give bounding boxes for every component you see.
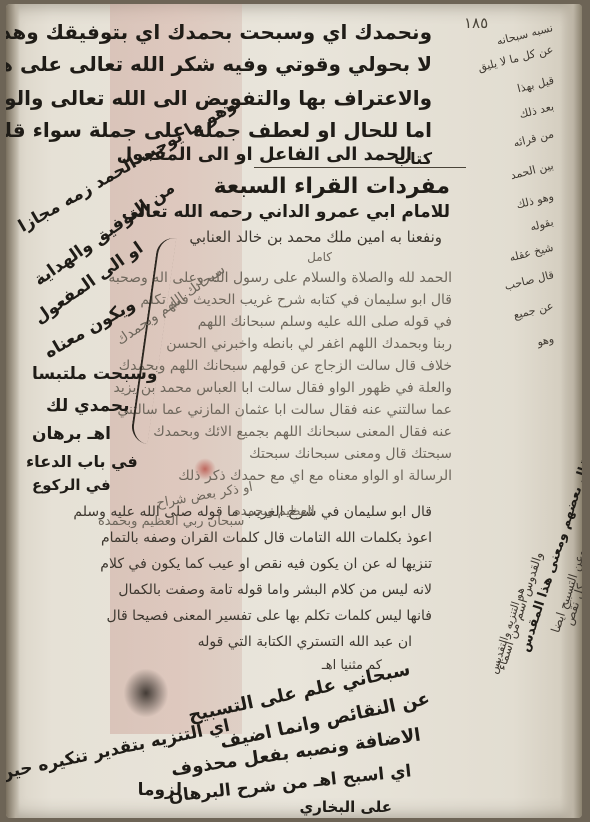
ownership-note: ونفعنا به امين ملك محمد بن خالد العنابي [189, 228, 442, 246]
commentary-line: ونحمدك اي وسبحت بحمدك اي بتوفيقك وهدايتك [6, 20, 432, 44]
faint-note-line: العظيم وبحمده [234, 504, 315, 519]
margin-note-line: من قرائه [512, 127, 555, 150]
book-title: مفردات القراء السبعة [214, 174, 450, 199]
title-underline [254, 167, 466, 168]
body-line: سبحتك قال ومعنى سبحانك سبحتك [249, 446, 452, 462]
title-label: كتاب [394, 149, 432, 168]
margin-note-line: شيخ عقله [508, 241, 555, 264]
ink-blot [124, 669, 168, 717]
body-line: خلاف قال سالت الزجاج عن قولهم سبحانك الل… [119, 358, 452, 374]
body-line: في قوله صلى الله عليه وسلم سبحانك اللهم [198, 314, 452, 330]
margin-note-line: وهو [536, 332, 555, 349]
margin-note-line: بين الحمد [509, 159, 555, 182]
body-line: عما سالتني عنه فقال سالت ابا عثمان الماز… [117, 402, 452, 418]
bottom-note-line: لزوما [138, 780, 182, 800]
body-line: تنزيها له عن ان يكون فيه نقص او عيب كما … [100, 556, 432, 572]
body-line: اعوذ بكلمات الله التامات قال كلمات القرا… [101, 530, 432, 546]
book-author: للامام ابي عمرو الداني رحمه الله تعالى [122, 202, 450, 222]
left-note-line: اهـ برهان [32, 424, 111, 444]
commentary-line: لا بحولي وقوتي وفيه شكر الله تعالى على ه… [6, 52, 432, 76]
body-line: والعلة في ظهور الواو فقال سالت ابا العبا… [114, 380, 452, 396]
body-line: عنه فقال المعنى سبحانك اللهم بجميع الائك… [153, 424, 452, 440]
page-number: ١٨٥ [464, 14, 488, 32]
margin-note-line: عن كل ما لا يليق [476, 43, 554, 74]
left-note-line: بحمدي لك [46, 396, 130, 416]
title-note: كامل [307, 250, 332, 264]
margin-note-line: عن جميع [512, 299, 555, 321]
margin-note-line: قيل بهذا [516, 74, 555, 96]
margin-note-line: قال صاحب [503, 268, 555, 293]
faint-note-line: سبحان ربي العظيم وبحمده [98, 514, 244, 529]
body-line: ربنا وبحمدك اللهم اغفر لي بانطه واخبرني … [166, 336, 452, 352]
margin-note-line: بعد ذلك [518, 100, 555, 121]
body-line: لانه ليس من كلام البشر واما قوله تامة وص… [118, 582, 432, 598]
body-line: الرسالة او الواو معناه مع اي مع حمدك ذكر… [178, 468, 452, 484]
body-line: فانها ليس كلمات تكلم بها على تفسير المعن… [107, 608, 432, 624]
page-edge [560, 4, 582, 818]
left-note-line: في الركوع [32, 476, 111, 494]
left-note-line: في باب الدعاء [26, 452, 138, 471]
body-line: ان عبد الله التستري الكتابة التي قوله [198, 634, 412, 650]
manuscript-page: ١٨٥ ونحمدك اي وسبحت بحمدك اي بتوفيقك وهد… [6, 4, 582, 818]
margin-note-line: وهو ذلك [515, 190, 555, 212]
left-note-line: وسبحت ملتبسا [32, 364, 157, 384]
bottom-note-line: على البخاري [300, 798, 393, 816]
margin-note-line: بقوله [529, 215, 555, 233]
